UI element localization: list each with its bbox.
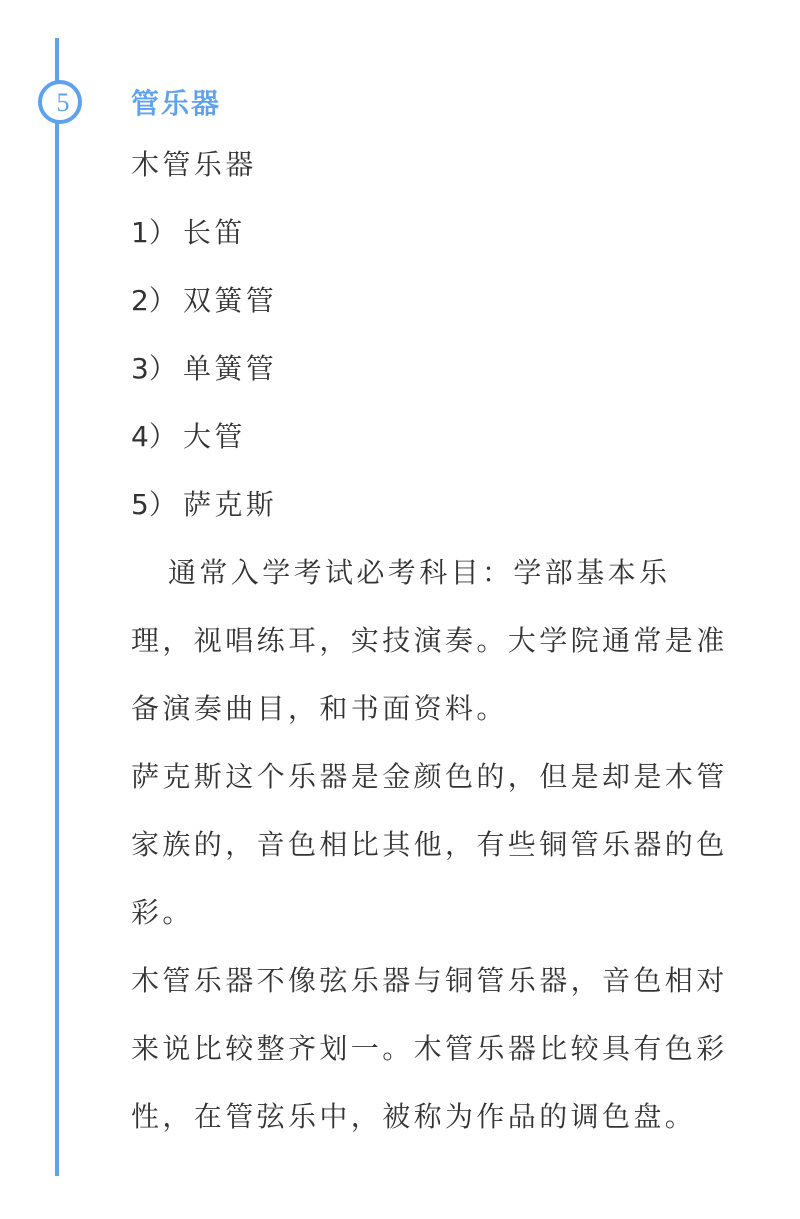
section-content: 木管乐器 1） 长笛 2） 双簧管 3） 单簧管 4） 大管 5） 萨克斯 通常… [131, 131, 731, 1151]
list-item-number: 4） [131, 403, 183, 471]
list-item: 5） 萨克斯 [131, 471, 731, 539]
list-item-label: 大管 [183, 403, 246, 471]
step-number-badge: 5 [38, 80, 82, 124]
paragraph-saxophone: 萨克斯这个乐器是金颜色的，但是却是木管家族的，音色相比其他，有些铜管乐器的色彩。 [131, 743, 731, 947]
list-item-label: 长笛 [183, 199, 246, 267]
timeline-line [55, 38, 59, 1176]
list-item: 4） 大管 [131, 403, 731, 471]
list-item-label: 萨克斯 [183, 471, 277, 539]
list-item-number: 2） [131, 267, 183, 335]
list-item-number: 1） [131, 199, 183, 267]
step-number: 5 [57, 90, 70, 116]
paragraph-exam-subjects: 通常入学考试必考科目：学部基本乐理，视唱练耳，实技演奏。大学院通常是准备演奏曲目… [131, 539, 731, 743]
paragraph-woodwind-color: 木管乐器不像弦乐器与铜管乐器，音色相对来说比较整齐划一。木管乐器比较具有色彩性，… [131, 947, 731, 1151]
instrument-list: 1） 长笛 2） 双簧管 3） 单簧管 4） 大管 5） 萨克斯 [131, 199, 731, 539]
subsection-title: 木管乐器 [131, 131, 731, 199]
list-item-label: 单簧管 [183, 335, 277, 403]
list-item-number: 3） [131, 335, 183, 403]
list-item: 2） 双簧管 [131, 267, 731, 335]
list-item: 3） 单簧管 [131, 335, 731, 403]
list-item: 1） 长笛 [131, 199, 731, 267]
list-item-label: 双簧管 [183, 267, 277, 335]
section-title: 管乐器 [131, 70, 221, 138]
list-item-number: 5） [131, 471, 183, 539]
